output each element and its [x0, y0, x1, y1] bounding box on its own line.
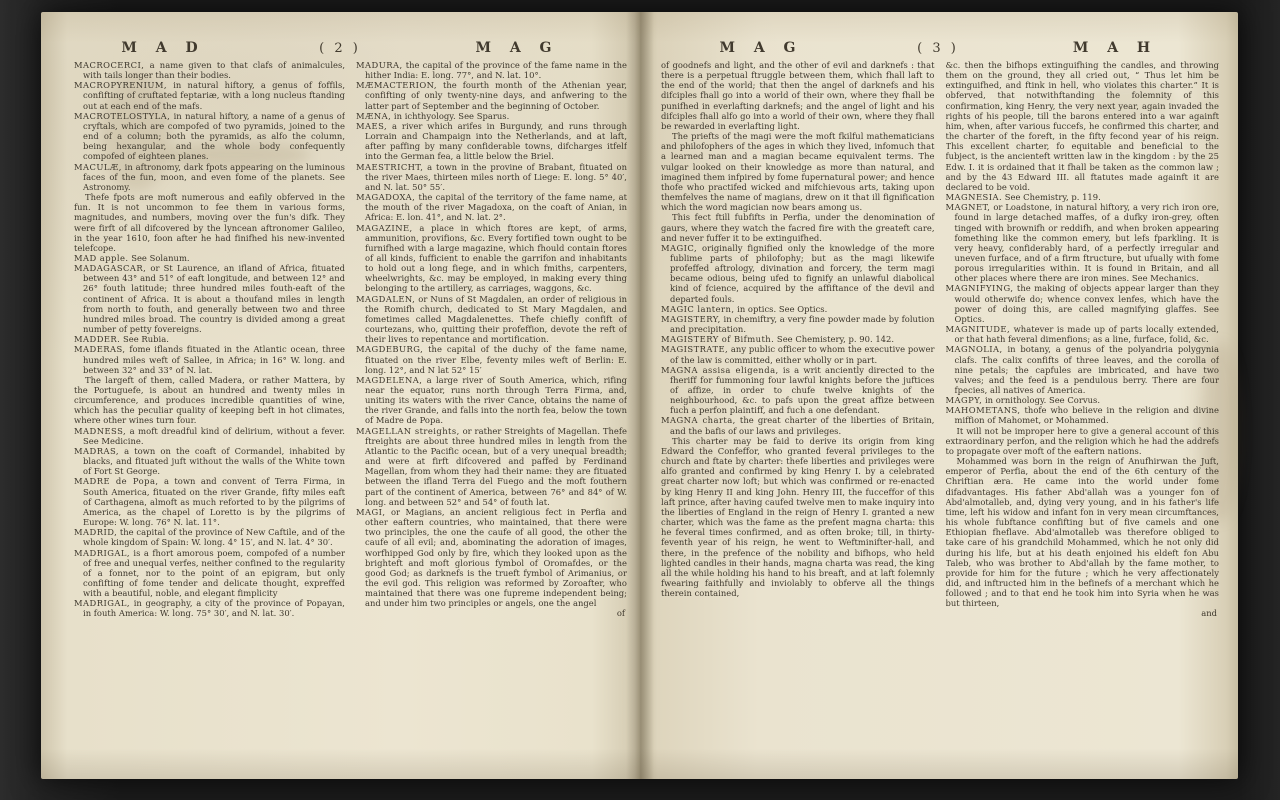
paragraph: Thefe fpots are moft numerous and eafily… — [74, 192, 345, 253]
entry-term: MAGISTERY, — [661, 314, 721, 324]
entry-term: MACROPYRENIUM, — [74, 80, 167, 90]
text-column-3: of goodnefs and light, and the other of … — [661, 60, 935, 739]
paragraph: Mohammed was born in the reign of Anufhi… — [946, 456, 1220, 608]
dictionary-entry: MAGDELENA, a large river of South Americ… — [356, 375, 627, 426]
page-right: M A G ( 3 ) M A H of goodnefs and light,… — [639, 12, 1237, 779]
paragraph: of goodnefs and light, and the other of … — [661, 60, 935, 131]
running-head-right-page: M A G ( 3 ) M A H — [639, 40, 1237, 56]
entry-term: MAGIC lantern, — [661, 304, 734, 314]
entry-term: MAGNESIA. — [946, 192, 1003, 202]
catchword: of — [356, 608, 627, 618]
dictionary-entry: MAGISTERY of Bifmuth. See Chemistery, p.… — [661, 334, 935, 344]
entry-term: MAGDEBURG, — [356, 344, 423, 354]
dictionary-entry: MAGNESIA. See Chemistry, p. 119. — [946, 192, 1220, 202]
catchword: and — [946, 608, 1220, 618]
entry-term: MAGISTRATE, — [661, 344, 728, 354]
dictionary-entry: MADERAS, fome iflands fituated in the At… — [74, 344, 345, 374]
dictionary-entry: MAGDEBURG, the capital of the duchy of t… — [356, 344, 627, 374]
entry-term: MADURA, — [356, 60, 403, 70]
entry-term: MACROCERCI, — [74, 60, 144, 70]
dictionary-entry: MÆMACTERION, the fourth month of the Ath… — [356, 80, 627, 110]
book-spread: M A D ( 2 ) M A G MACROCERCI, a name giv… — [41, 12, 1238, 779]
running-head-left-page: M A D ( 2 ) M A G — [41, 40, 639, 56]
entry-term: MÆMACTERION, — [356, 80, 437, 90]
paragraph: This charter may be faid to derive its o… — [661, 436, 935, 599]
dictionary-entry: MADDER. See Rubia. — [74, 334, 345, 344]
paragraph: &c. then the bifhops extinguifhing the c… — [946, 60, 1220, 192]
entry-term: MACROTELOSTYLA, — [74, 111, 170, 121]
entry-term: MADERAS, — [74, 344, 126, 354]
entry-term: MAESTRICHT, — [356, 162, 423, 172]
dictionary-entry: MADRAS, a town on the coaft of Cormandel… — [74, 446, 345, 476]
dictionary-entry: MAES, a river which arifes in Burgundy, … — [356, 121, 627, 162]
text-block-left-page: MACROCERCI, a name given to that clafs o… — [74, 60, 627, 739]
entry-term: MAGNA charta, — [661, 415, 736, 425]
dictionary-entry: MADRE de Popa, a town and convent of Ter… — [74, 476, 345, 527]
entry-term: MAGISTERY of Bifmuth. — [661, 334, 774, 344]
text-column-4: &c. then the bifhops extinguifhing the c… — [946, 60, 1220, 739]
dictionary-entry: MAGI, or Magians, an ancient religious f… — [356, 507, 627, 609]
scan-background: M A D ( 2 ) M A G MACROCERCI, a name giv… — [0, 0, 1280, 800]
dictionary-entry: MACROCERCI, a name given to that clafs o… — [74, 60, 345, 80]
entry-term: MADRIGAL, — [74, 548, 130, 558]
dictionary-entry: MAGPY, in ornithology. See Corvus. — [946, 395, 1220, 405]
dictionary-entry: MAGNA charta, the great charter of the l… — [661, 415, 935, 435]
text-column-2: MADURA, the capital of the province of t… — [356, 60, 627, 739]
entry-term: MÆNA, — [356, 111, 391, 121]
dictionary-entry: MAGISTRATE, any public officer to whom t… — [661, 344, 935, 364]
page-number-right: ( 3 ) — [883, 41, 993, 56]
dictionary-entry: MAGIC, originally fignified only the kno… — [661, 243, 935, 304]
dictionary-entry: MAGDALEN, or Nuns of St Magdalen, an ord… — [356, 294, 627, 345]
entry-term: MAGDELENA, — [356, 375, 422, 385]
dictionary-entry: MAGIC lantern, in optics. See Optics. — [661, 304, 935, 314]
paragraph: This fect ftill fubfifts in Perfia, unde… — [661, 212, 935, 242]
dictionary-entry: MAGADOXA, the capital of the territory o… — [356, 192, 627, 222]
entry-term: MADNESS, — [74, 426, 126, 436]
entry-term: MAGNOLIA, — [946, 344, 1003, 354]
dictionary-entry: MACROTELOSTYLA, in natural hiftory, a na… — [74, 111, 345, 162]
entry-term: MADRE de Popa, — [74, 476, 159, 486]
entry-term: MAGI, — [356, 507, 386, 517]
entry-term: MAD apple. — [74, 253, 129, 263]
dictionary-entry: MAGAZINE, a place in which ftores are ke… — [356, 223, 627, 294]
running-head-word-left: M A G — [639, 40, 883, 56]
dictionary-entry: MADURA, the capital of the province of t… — [356, 60, 627, 80]
paragraph: It will not be improper here to give a g… — [946, 426, 1220, 456]
entry-term: MAGPY, — [946, 395, 983, 405]
entry-term: MACULÆ, — [74, 162, 122, 172]
entry-term: MAGADOXA, — [356, 192, 415, 202]
dictionary-entry: MACROPYRENIUM, in natural hiftory, a gen… — [74, 80, 345, 110]
dictionary-entry: MADNESS, a moft dreadful kind of deliriu… — [74, 426, 345, 446]
entry-term: MADRID, — [74, 527, 117, 537]
entry-term: MAGNET, — [946, 202, 991, 212]
dictionary-entry: MÆNA, in ichthyology. See Sparus. — [356, 111, 627, 121]
entry-term: MADAGASCAR, — [74, 263, 146, 273]
paragraph: The largeft of them, called Madera, or r… — [74, 375, 345, 426]
dictionary-entry: MADRIGAL, in geography, a city of the pr… — [74, 598, 345, 618]
entry-term: MAGNA assisa eligenda, — [661, 365, 779, 375]
entry-term: MADDER. — [74, 334, 120, 344]
dictionary-entry: MAGNA assisa eligenda, is a writ ancient… — [661, 365, 935, 416]
dictionary-entry: MAGISTERY, in chemiftry, a very fine pow… — [661, 314, 935, 334]
text-column-1: MACROCERCI, a name given to that clafs o… — [74, 60, 345, 739]
entry-term: MAGIC, — [661, 243, 697, 253]
text-block-right-page: of goodnefs and light, and the other of … — [661, 60, 1219, 739]
running-head-word-right: M A G — [395, 40, 639, 56]
entry-term: MADRAS, — [74, 446, 119, 456]
dictionary-entry: MAGNOLIA, in botany, a genus of the poly… — [946, 344, 1220, 395]
paragraph: The priefts of the magi were the moft fk… — [661, 131, 935, 212]
entry-term: MAGDALEN, — [356, 294, 415, 304]
dictionary-entry: MAD apple. See Solanum. — [74, 253, 345, 263]
dictionary-entry: MAHOMETANS, thofe who believe in the rel… — [946, 405, 1220, 425]
dictionary-entry: MAESTRICHT, a town in the provine of Bra… — [356, 162, 627, 192]
dictionary-entry: MADRIGAL, is a fhort amorous poem, compo… — [74, 548, 345, 599]
running-head-word-left: M A D — [41, 40, 285, 56]
dictionary-entry: MAGNITUDE, whatever is made up of parts … — [946, 324, 1220, 344]
page-number-left: ( 2 ) — [285, 41, 395, 56]
dictionary-entry: MAGNIFYING, the making of objects appear… — [946, 283, 1220, 324]
dictionary-entry: MADAGASCAR, or St Laurence, an ifland of… — [74, 263, 345, 334]
entry-term: MAES, — [356, 121, 387, 131]
entry-term: MAGAZINE, — [356, 223, 413, 233]
dictionary-entry: MAGELLAN streights, or rather Streights … — [356, 426, 627, 507]
entry-term: MAHOMETANS, — [946, 405, 1021, 415]
dictionary-entry: MACULÆ, in aftronomy, dark fpots appeari… — [74, 162, 345, 192]
entry-term: MAGELLAN streights, — [356, 426, 460, 436]
dictionary-entry: MADRID, the capital of the province of N… — [74, 527, 345, 547]
page-left: M A D ( 2 ) M A G MACROCERCI, a name giv… — [41, 12, 639, 779]
entry-term: MADRIGAL, — [74, 598, 130, 608]
running-head-word-right: M A H — [993, 40, 1237, 56]
entry-term: MAGNITUDE, — [946, 324, 1011, 334]
entry-term: MAGNIFYING, — [946, 283, 1014, 293]
dictionary-entry: MAGNET, or Loadstone, in natural hiftory… — [946, 202, 1220, 283]
